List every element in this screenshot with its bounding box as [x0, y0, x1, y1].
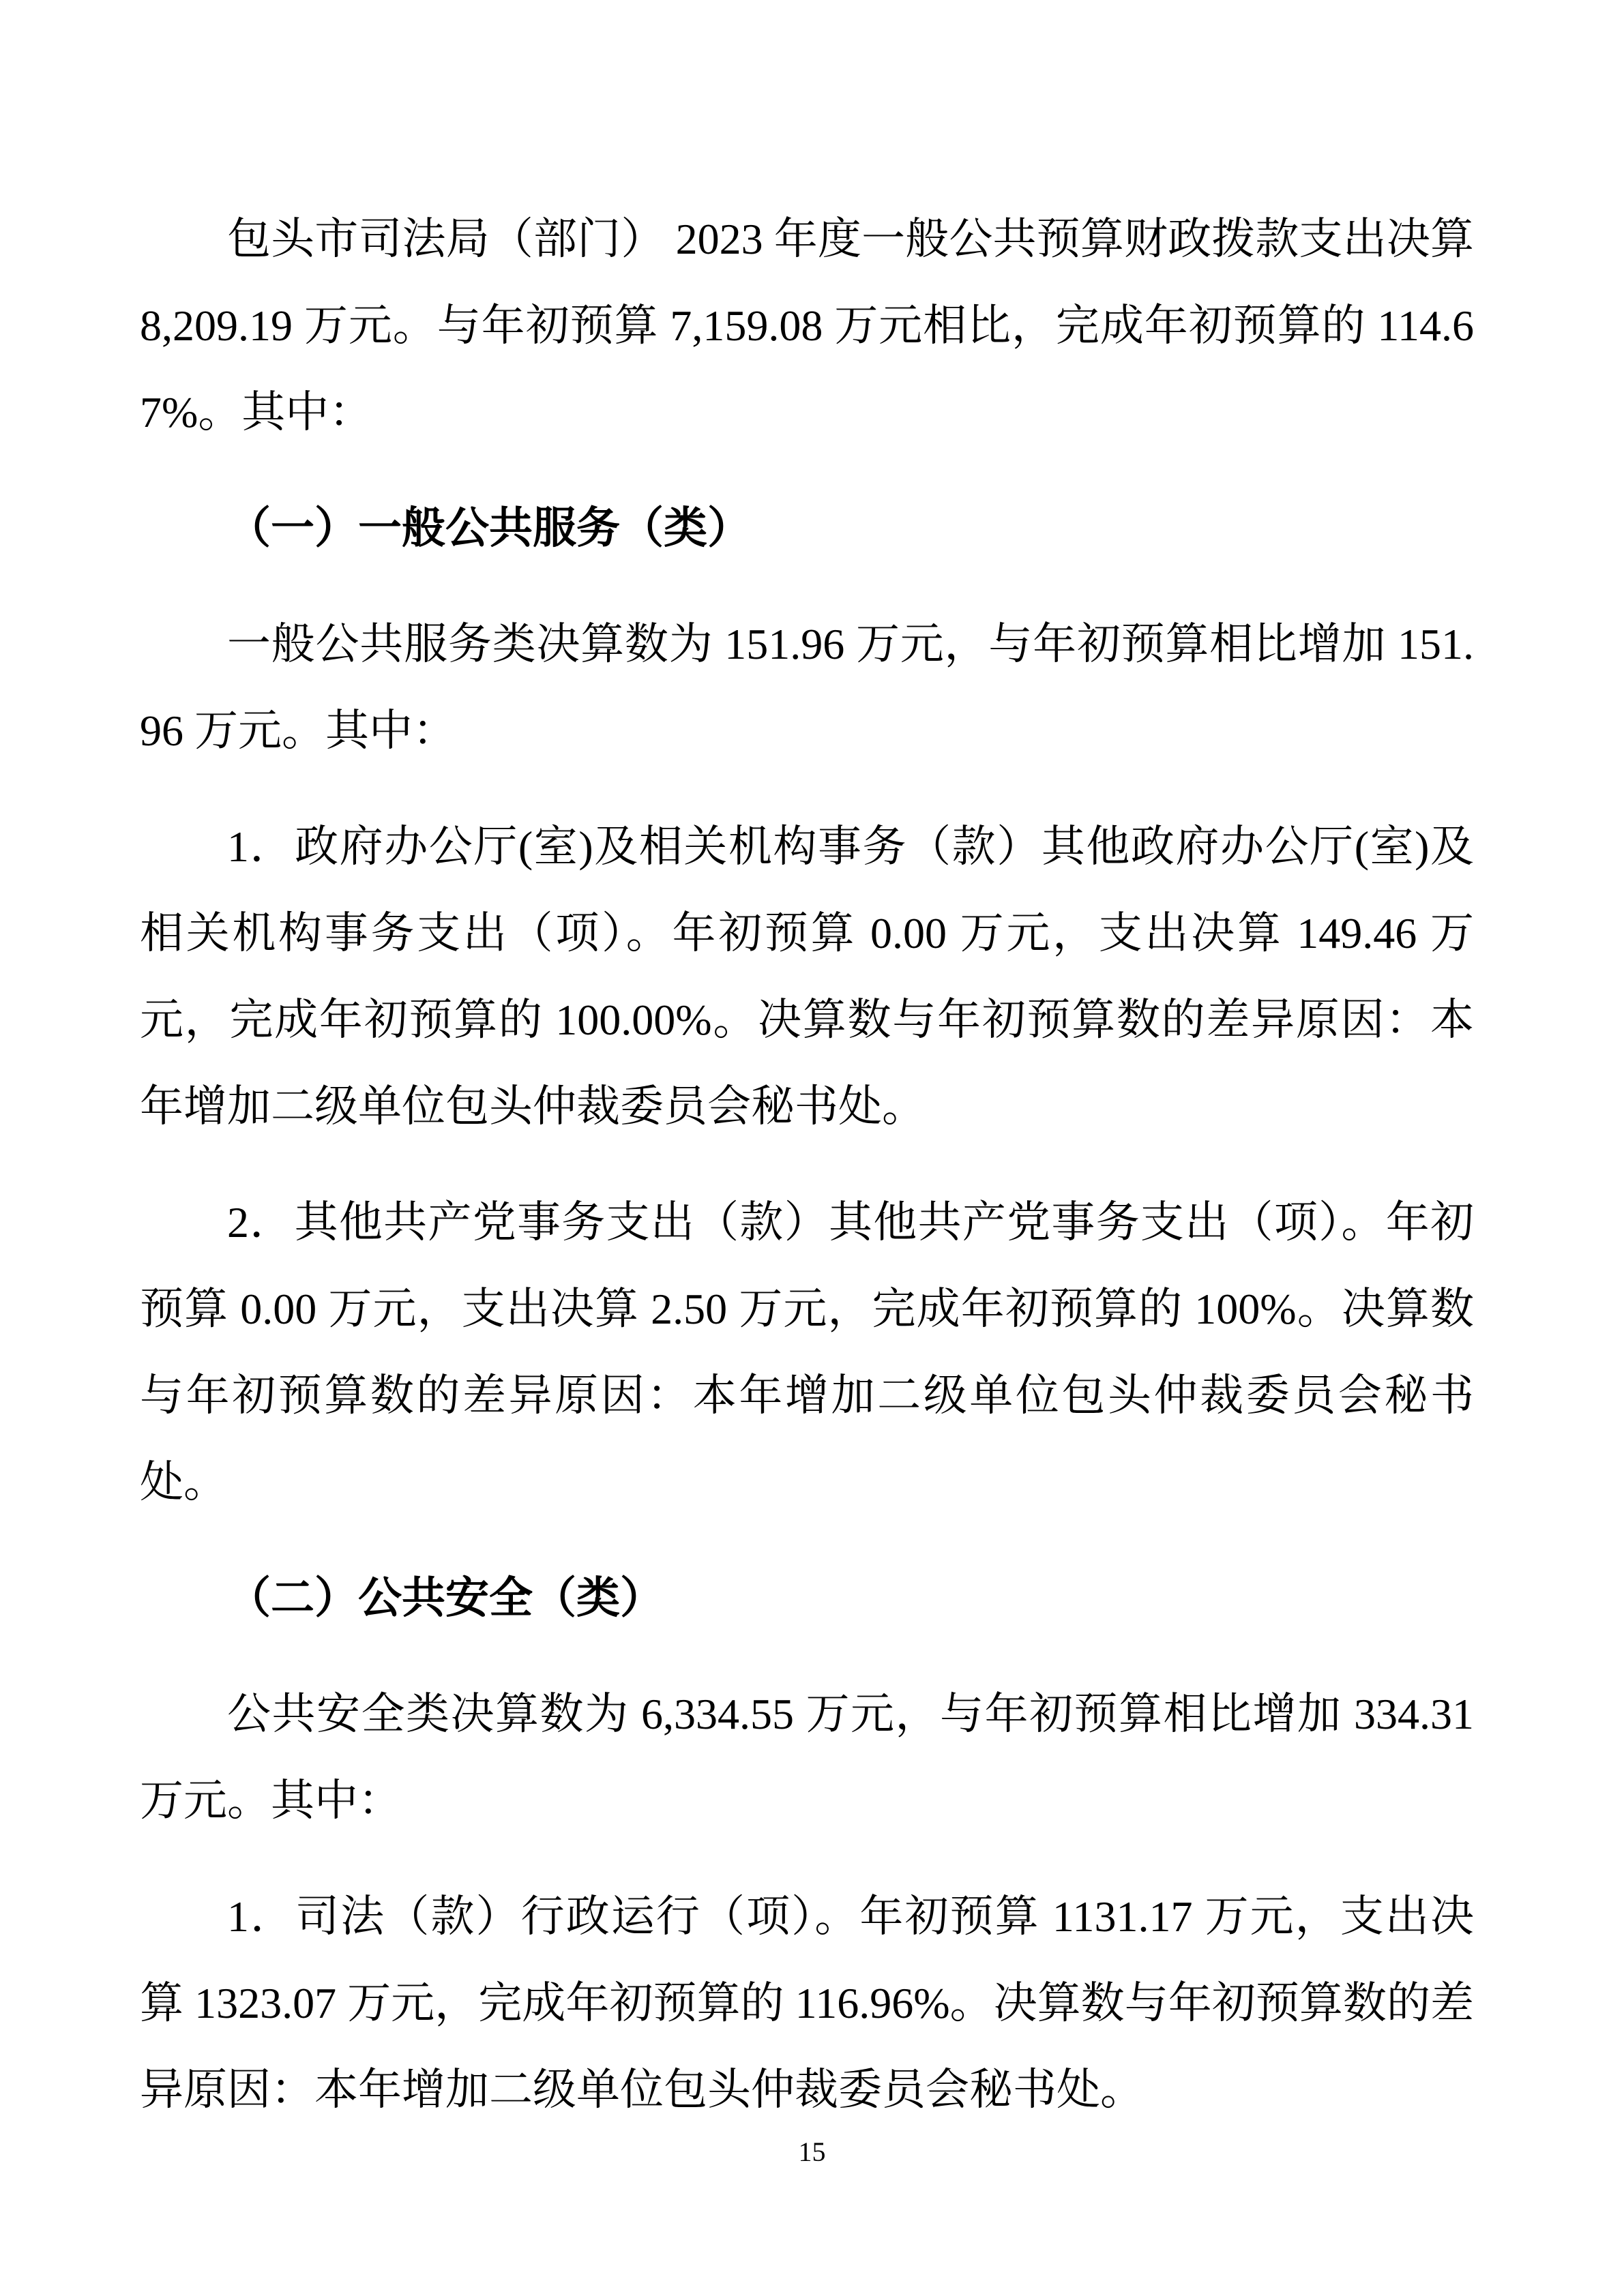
paragraph-budget-overview: 包头市司法局（部门） 2023 年度一般公共预算财政拨款支出决算 8,209.1…: [140, 196, 1474, 456]
paragraph-item-1-government-office-affairs: 1．政府办公厅(室)及相关机构事务（款）其他政府办公厅(室)及相关机构事务支出（…: [140, 803, 1474, 1150]
paragraph-general-public-services-summary: 一般公共服务类决算数为 151.96 万元，与年初预算相比增加 151.96 万…: [140, 601, 1474, 774]
paragraph-item-2-other-party-affairs: 2．其他共产党事务支出（款）其他共产党事务支出（项）。年初预算 0.00 万元，…: [140, 1179, 1474, 1525]
heading-section-1-general-public-services: （一）一般公共服务（类）: [140, 485, 1474, 571]
page-number: 15: [0, 2137, 1624, 2167]
document-page: 包头市司法局（部门） 2023 年度一般公共预算财政拨款支出决算 8,209.1…: [0, 0, 1624, 2296]
paragraph-item-1-justice-administrative-operation: 1．司法（款）行政运行（项）。年初预算 1131.17 万元，支出决算 1323…: [140, 1873, 1474, 2133]
paragraph-public-security-summary: 公共安全类决算数为 6,334.55 万元，与年初预算相比增加 334.31 万…: [140, 1671, 1474, 1844]
heading-section-2-public-security: （二）公共安全（类）: [140, 1555, 1474, 1641]
